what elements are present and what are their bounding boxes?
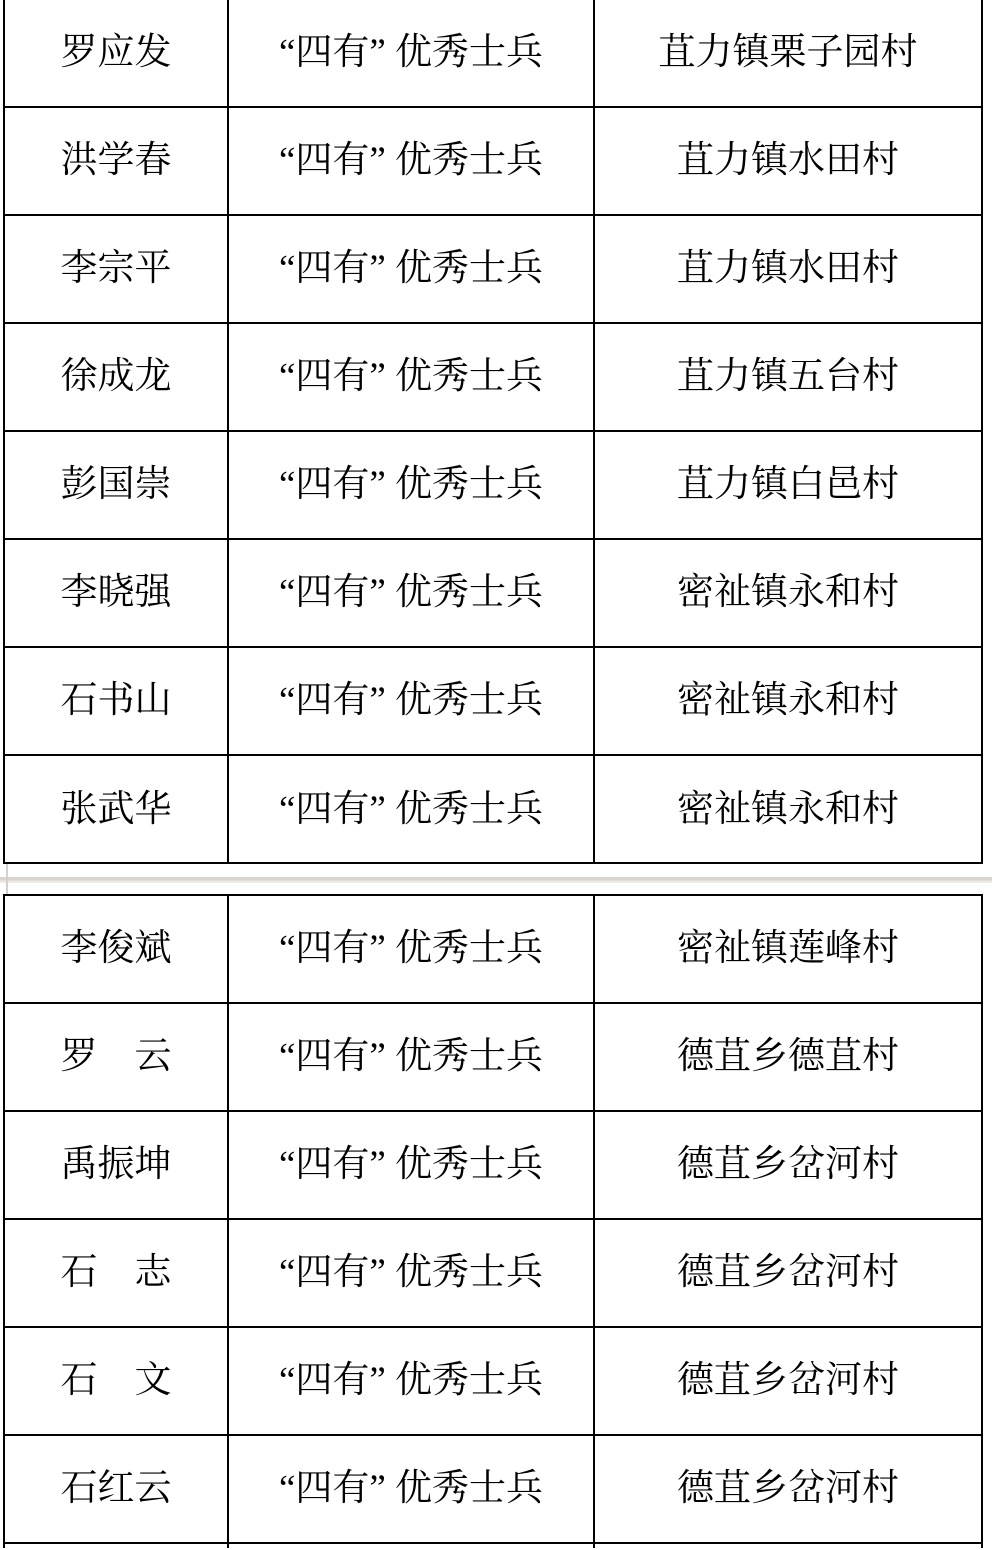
page-margin-tick — [6, 864, 8, 894]
honor-cell — [229, 1544, 595, 1548]
roster-table-page1: 罗应发 “四有” 优秀士兵 苴力镇栗子园村 洪学春 “四有” 优秀士兵 苴力镇水… — [3, 0, 983, 864]
name-cell — [5, 1544, 229, 1548]
name-cell: 石 志 — [5, 1220, 229, 1326]
honor-cell: “四有” 优秀士兵 — [229, 216, 595, 322]
honor-cell: “四有” 优秀士兵 — [229, 324, 595, 430]
table-row: 李晓强 “四有” 优秀士兵 密祉镇永和村 — [5, 540, 981, 648]
name-cell: 石 文 — [5, 1328, 229, 1434]
table-row: 石红云 “四有” 优秀士兵 德苴乡岔河村 — [5, 1436, 981, 1544]
honor-cell: “四有” 优秀士兵 — [229, 108, 595, 214]
table-row: 石书山 “四有” 优秀士兵 密祉镇永和村 — [5, 648, 981, 756]
honor-cell: “四有” 优秀士兵 — [229, 1004, 595, 1110]
page-break-separator — [0, 877, 992, 883]
name-cell: 洪学春 — [5, 108, 229, 214]
name-cell: 徐成龙 — [5, 324, 229, 430]
name-cell: 李俊斌 — [5, 896, 229, 1002]
honor-cell: “四有” 优秀士兵 — [229, 756, 595, 864]
honor-cell: “四有” 优秀士兵 — [229, 896, 595, 1002]
village-cell: 密祉镇永和村 — [595, 648, 981, 754]
village-cell: 苴力镇水田村 — [595, 216, 981, 322]
table-row: 李俊斌 “四有” 优秀士兵 密祉镇莲峰村 — [5, 896, 981, 1004]
village-cell: 苴力镇白邑村 — [595, 432, 981, 538]
village-cell: 德苴乡岔河村 — [595, 1220, 981, 1326]
name-cell: 张武华 — [5, 756, 229, 864]
name-cell: 石书山 — [5, 648, 229, 754]
table-row: 徐成龙 “四有” 优秀士兵 苴力镇五台村 — [5, 324, 981, 432]
village-cell: 苴力镇栗子园村 — [595, 0, 981, 106]
honor-cell: “四有” 优秀士兵 — [229, 0, 595, 106]
honor-cell: “四有” 优秀士兵 — [229, 540, 595, 646]
roster-table-page2: 李俊斌 “四有” 优秀士兵 密祉镇莲峰村 罗 云 “四有” 优秀士兵 德苴乡德苴… — [3, 894, 983, 1548]
village-cell — [595, 1544, 981, 1548]
honor-cell: “四有” 优秀士兵 — [229, 1328, 595, 1434]
name-cell: 罗 云 — [5, 1004, 229, 1110]
table-row: 李宗平 “四有” 优秀士兵 苴力镇水田村 — [5, 216, 981, 324]
honor-cell: “四有” 优秀士兵 — [229, 1220, 595, 1326]
table-row: 洪学春 “四有” 优秀士兵 苴力镇水田村 — [5, 108, 981, 216]
table-row: 石 文 “四有” 优秀士兵 德苴乡岔河村 — [5, 1328, 981, 1436]
name-cell: 石红云 — [5, 1436, 229, 1542]
village-cell: 密祉镇永和村 — [595, 756, 981, 864]
village-cell: 苴力镇五台村 — [595, 324, 981, 430]
table-row: 彭国崇 “四有” 优秀士兵 苴力镇白邑村 — [5, 432, 981, 540]
village-cell: 德苴乡岔河村 — [595, 1112, 981, 1218]
name-cell: 李晓强 — [5, 540, 229, 646]
name-cell: 禹振坤 — [5, 1112, 229, 1218]
table-row: 张武华 “四有” 优秀士兵 密祉镇永和村 — [5, 756, 981, 864]
village-cell: 密祉镇莲峰村 — [595, 896, 981, 1002]
village-cell: 密祉镇永和村 — [595, 540, 981, 646]
honor-cell: “四有” 优秀士兵 — [229, 648, 595, 754]
table-row: 罗 云 “四有” 优秀士兵 德苴乡德苴村 — [5, 1004, 981, 1112]
village-cell: 德苴乡岔河村 — [595, 1328, 981, 1434]
table-row-partial — [5, 1544, 981, 1548]
honor-cell: “四有” 优秀士兵 — [229, 1436, 595, 1542]
name-cell: 罗应发 — [5, 0, 229, 106]
table-row: 禹振坤 “四有” 优秀士兵 德苴乡岔河村 — [5, 1112, 981, 1220]
honor-cell: “四有” 优秀士兵 — [229, 432, 595, 538]
table-row: 罗应发 “四有” 优秀士兵 苴力镇栗子园村 — [5, 0, 981, 108]
name-cell: 李宗平 — [5, 216, 229, 322]
table-row: 石 志 “四有” 优秀士兵 德苴乡岔河村 — [5, 1220, 981, 1328]
village-cell: 苴力镇水田村 — [595, 108, 981, 214]
name-cell: 彭国崇 — [5, 432, 229, 538]
village-cell: 德苴乡德苴村 — [595, 1004, 981, 1110]
honor-cell: “四有” 优秀士兵 — [229, 1112, 595, 1218]
village-cell: 德苴乡岔河村 — [595, 1436, 981, 1542]
